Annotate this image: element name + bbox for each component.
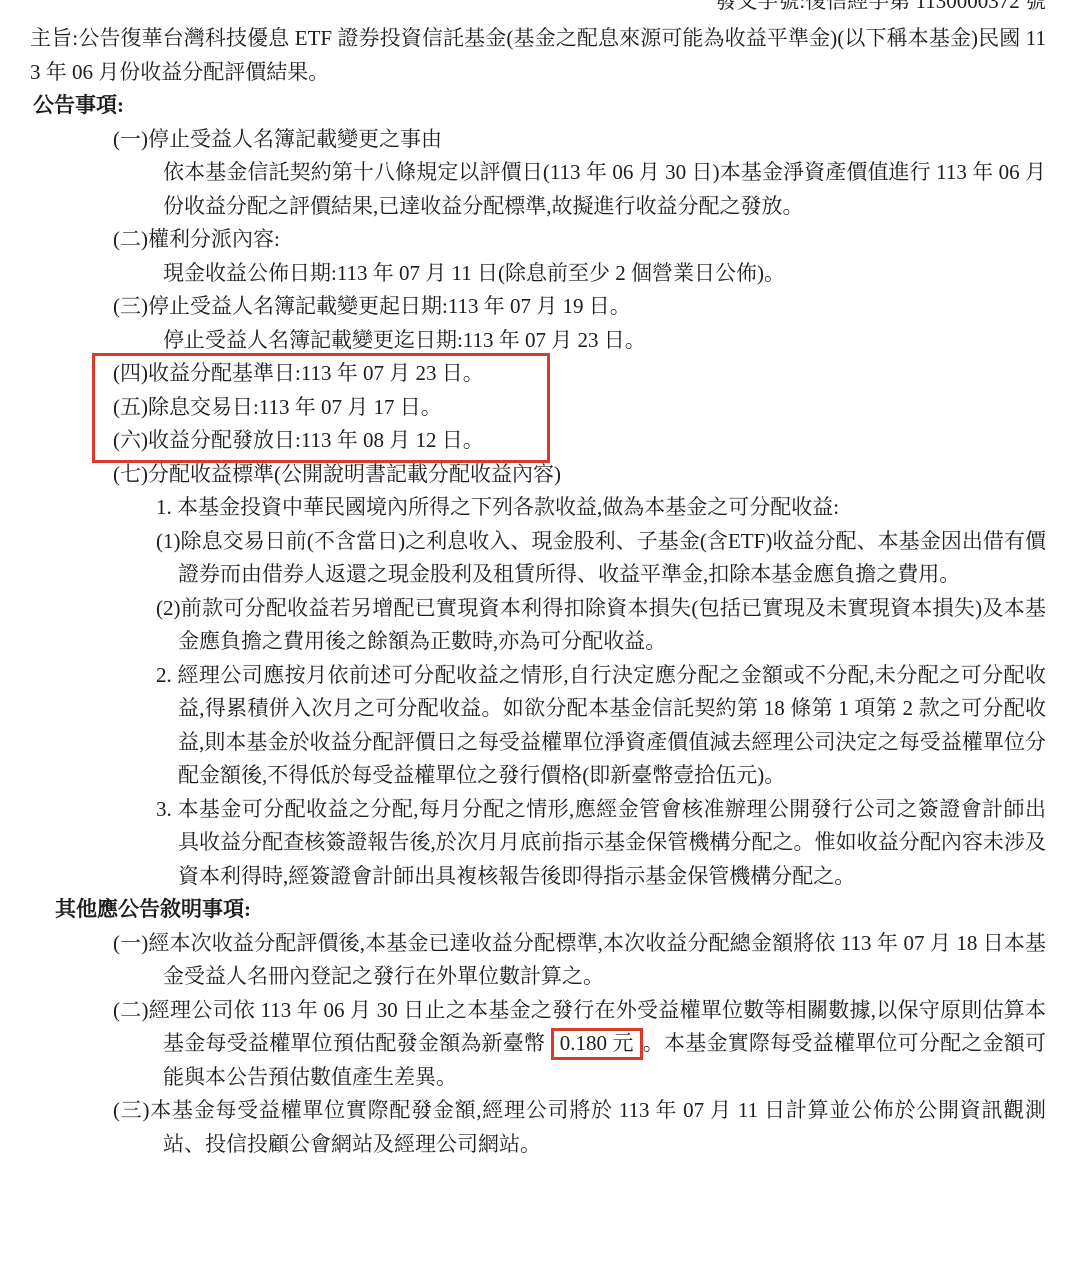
other-item-3-label: (三): [113, 1098, 149, 1122]
item-2-title: 權利分派內容:: [148, 227, 280, 251]
subject-label: 主旨:: [30, 26, 78, 50]
announcement-item-4: (四)收益分配基準日:113 年 07 月 23 日。: [113, 357, 1046, 391]
other-item-1: (一)經本次收益分配評價後,本基金已達收益分配標準,本次收益分配總金額將依 11…: [113, 927, 1046, 994]
other-heading: 其他應公告敘明事項:: [55, 893, 1046, 927]
item-2-body: 現金收益公佈日期:113 年 07 月 11 日(除息前至少 2 個營業日公佈)…: [113, 257, 1046, 291]
item-1-label: (一): [113, 127, 148, 151]
subitem-1: 1. 本基金投資中華民國境內所得之下列各款收益,做為本基金之可分配收益:: [156, 491, 1046, 525]
other-item-2-label: (二): [113, 998, 149, 1022]
other-item-1-body: 經本次收益分配評價後,本基金已達收益分配標準,本次收益分配總金額將依 113 年…: [148, 931, 1046, 989]
announcement-item-1: (一)停止受益人名簿記載變更之事由 依本基金信託契約第十八條規定以評價日(113…: [113, 123, 1046, 224]
highlighted-dates-group: (四)收益分配基準日:113 年 07 月 23 日。 (五)除息交易日:113…: [113, 357, 1046, 458]
item-4-title: 收益分配基準日:113 年 07 月 23 日。: [148, 361, 484, 385]
announcement-item-3: (三)停止受益人名簿記載變更起日期:113 年 07 月 19 日。 停止受益人…: [113, 290, 1046, 357]
subitem-3: 3. 本基金可分配收益之分配,每月分配之情形,應經金管會核准辦理公開發行公司之簽…: [156, 793, 1046, 894]
announcement-document: 發文字號:復信經字第 1130000372 號 主旨:公告復華台灣科技優息 ET…: [0, 0, 1074, 1280]
subitem-1-2: (2)前款可分配收益若另增配已實現資本利得扣除資本損失(包括已實現及未實現資本損…: [156, 592, 1046, 659]
item-7-label: (七): [113, 462, 148, 486]
item-4-label: (四): [113, 361, 148, 385]
highlight-box-amount: 0.180 元: [551, 1028, 643, 1060]
item-1-body: 依本基金信託契約第十八條規定以評價日(113 年 06 月 30 日)本基金淨資…: [113, 156, 1046, 223]
item-1-title: 停止受益人名簿記載變更之事由: [148, 127, 442, 151]
item-3-label: (三): [113, 294, 148, 318]
announcement-item-6: (六)收益分配發放日:113 年 08 月 12 日。: [113, 424, 1046, 458]
distribution-standard-details: 1. 本基金投資中華民國境內所得之下列各款收益,做為本基金之可分配收益: (1)…: [156, 491, 1046, 893]
other-item-3-text: (三)本基金每受益權單位實際配發金額,經理公司將於 113 年 07 月 11 …: [113, 1094, 1046, 1161]
item-6-title: 收益分配發放日:113 年 08 月 12 日。: [148, 428, 484, 452]
item-2-label: (二): [113, 227, 148, 251]
item-6-label: (六): [113, 428, 148, 452]
item-3-title: 停止受益人名簿記載變更起日期:113 年 07 月 19 日。: [148, 294, 631, 318]
other-item-1-text: (一)經本次收益分配評價後,本基金已達收益分配標準,本次收益分配總金額將依 11…: [113, 927, 1046, 994]
doc-number: 發文字號:復信經字第 1130000372 號: [715, 0, 1046, 15]
announcement-item-2: (二)權利分派內容: 現金收益公佈日期:113 年 07 月 11 日(除息前至…: [113, 223, 1046, 290]
item-3-title-line: (三)停止受益人名簿記載變更起日期:113 年 07 月 19 日。: [113, 290, 1046, 324]
item-3-body: 停止受益人名簿記載變更迄日期:113 年 07 月 23 日。: [113, 324, 1046, 358]
other-item-3-body: 本基金每受益權單位實際配發金額,經理公司將於 113 年 07 月 11 日計算…: [149, 1098, 1046, 1156]
item-7-title-line: (七)分配收益標準(公開說明書記載分配收益內容): [113, 458, 1046, 492]
announcement-item-5: (五)除息交易日:113 年 07 月 17 日。: [113, 391, 1046, 425]
other-item-2: (二)經理公司依 113 年 06 月 30 日止之本基金之發行在外受益權單位數…: [113, 994, 1046, 1095]
subject-paragraph: 主旨:公告復華台灣科技優息 ETF 證券投資信託基金(基金之配息來源可能為收益平…: [30, 22, 1046, 89]
item-5-label: (五): [113, 395, 148, 419]
subitem-1-1: (1)除息交易日前(不含當日)之利息收入、現金股利、子基金(含ETF)收益分配、…: [156, 525, 1046, 592]
item-2-title-line: (二)權利分派內容:: [113, 223, 1046, 257]
other-item-2-text: (二)經理公司依 113 年 06 月 30 日止之本基金之發行在外受益權單位數…: [113, 994, 1046, 1095]
other-item-3: (三)本基金每受益權單位實際配發金額,經理公司將於 113 年 07 月 11 …: [113, 1094, 1046, 1161]
announcement-heading: 公告事項:: [33, 89, 1046, 123]
subject-text: 公告復華台灣科技優息 ETF 證券投資信託基金(基金之配息來源可能為收益平準金)…: [30, 26, 1046, 84]
item-5-title: 除息交易日:113 年 07 月 17 日。: [148, 395, 442, 419]
subitem-2: 2. 經理公司應按月依前述可分配收益之情形,自行決定應分配之金額或不分配,未分配…: [156, 659, 1046, 793]
announcement-item-7: (七)分配收益標準(公開說明書記載分配收益內容): [113, 458, 1046, 492]
other-item-1-label: (一): [113, 931, 148, 955]
item-7-title: 分配收益標準(公開說明書記載分配收益內容): [148, 462, 561, 486]
item-1-title-line: (一)停止受益人名簿記載變更之事由: [113, 123, 1046, 157]
